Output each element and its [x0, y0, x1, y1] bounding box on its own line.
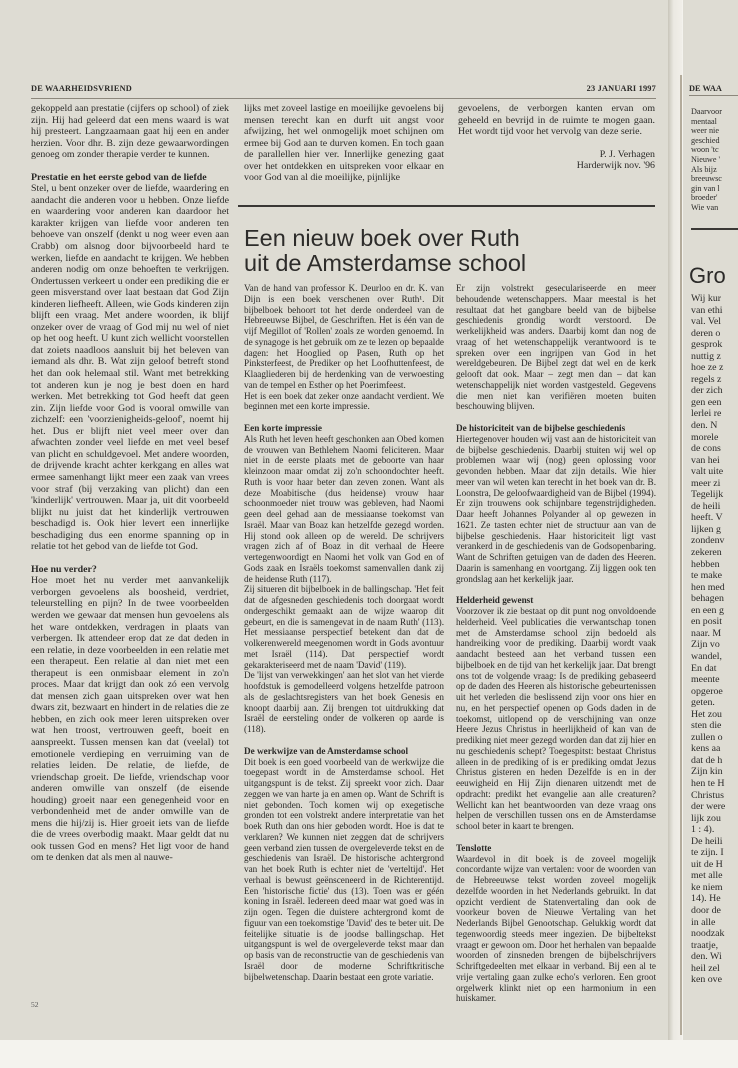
text-line: Christus — [691, 790, 725, 802]
next-page-top-text: Daarvoor mentaal weer nie geschied woon … — [691, 107, 722, 213]
text-line: en een g — [691, 605, 725, 617]
publication-name: DE WAARHEIDSVRIEND — [31, 84, 132, 93]
text-line: ke niem — [691, 882, 725, 894]
text-line: deren o — [691, 328, 725, 340]
text-line: zondenv — [691, 535, 725, 547]
text-line: traatje, — [691, 940, 725, 952]
text-line: valt uite — [691, 466, 725, 478]
article-divider — [238, 205, 655, 207]
section-heading: Tenslotte — [456, 843, 656, 854]
section-heading: Helderheid gewenst — [456, 595, 656, 606]
intro-paragraph: gekoppeld aan prestatie (cijfers op scho… — [31, 103, 229, 161]
body-paragraph: Het is een boek dat zeker onze aandacht … — [244, 391, 444, 413]
ruth-article-column-b: Er zijn volstrekt geseculariseerde en me… — [456, 283, 656, 1004]
scan-background — [0, 1040, 738, 1068]
text-line: heeft. V — [691, 512, 725, 524]
text-line: Wie van — [691, 203, 722, 213]
body-paragraph: Hoe moet het nu verder met aanvankelijk … — [31, 575, 229, 864]
text-line: lijk zou — [691, 813, 725, 825]
text-line: de heili — [691, 501, 725, 513]
text-line: van hei — [691, 455, 725, 467]
text-line: meer zi — [691, 478, 725, 490]
left-article-column-2: lijks met zoveel lastige en moeilijke ge… — [244, 103, 444, 184]
text-line: der zich — [691, 385, 725, 397]
section-heading: Een korte impressie — [244, 423, 444, 434]
text-line: Tegelijk — [691, 489, 725, 501]
body-paragraph: Hiertegenover houden wij vast aan de his… — [456, 434, 656, 585]
text-line: gin van l — [691, 184, 722, 194]
section-heading: De werkwijze van de Amsterdamse school — [244, 746, 444, 757]
text-line: den. Wi — [691, 951, 725, 963]
text-line: der were — [691, 801, 725, 813]
next-page-divider — [691, 228, 738, 230]
section-heading: Prestatie en het eerste gebod van de lie… — [31, 172, 229, 184]
text-line: zekeren — [691, 547, 725, 559]
next-page-fragment: DE WAA Daarvoor mentaal weer nie geschie… — [683, 0, 738, 1040]
text-line: zullen o — [691, 732, 725, 744]
body-paragraph: De 'lijst van verwekkingen' aan het slot… — [244, 670, 444, 735]
text-line: Zijn kin — [691, 766, 725, 778]
title-line-1: Een nieuw boek over Ruth — [244, 225, 520, 251]
text-line: geschied — [691, 136, 722, 146]
text-line: hen med — [691, 582, 725, 594]
section-heading: De historiciteit van de bijbelse geschie… — [456, 423, 656, 434]
text-line: De heili — [691, 836, 725, 848]
running-header: DE WAARHEIDSVRIEND 23 JANUARI 1997 — [31, 84, 656, 99]
text-line: hebben — [691, 559, 725, 571]
text-line: in alle — [691, 917, 725, 929]
text-line: behagen — [691, 593, 725, 605]
text-line: hen te H — [691, 778, 725, 790]
body-paragraph: lijks met zoveel lastige en moeilijke ge… — [244, 103, 444, 184]
text-line: noodzak — [691, 928, 725, 940]
text-line: weer nie — [691, 126, 722, 136]
body-paragraph: Er zijn volstrekt geseculariseerde en me… — [456, 283, 656, 412]
text-line: dat de h — [691, 755, 725, 767]
body-paragraph: Als Ruth het leven heeft geschonken aan … — [244, 434, 444, 585]
text-line: hoe ze z — [691, 362, 725, 374]
gutter-rule — [680, 75, 682, 1035]
body-paragraph: Waardevol in dit boek is de zoveel mogel… — [456, 854, 656, 1005]
text-line: Wij kur — [691, 293, 725, 305]
text-line: naar. M — [691, 628, 725, 640]
title-line-2: uit de Amsterdamse school — [244, 250, 526, 276]
text-line: den. N — [691, 420, 725, 432]
text-line: Daarvoor — [691, 107, 722, 117]
text-line: te zijn. I — [691, 847, 725, 859]
text-line: 14). He — [691, 893, 725, 905]
text-line: val. Vel — [691, 316, 725, 328]
page-number: 52 — [31, 1000, 39, 1009]
next-page-title: Gro — [689, 263, 726, 289]
text-line: te make — [691, 570, 725, 582]
text-line: en posit — [691, 616, 725, 628]
body-paragraph: gevoelens, de verborgen kanten ervan om … — [458, 103, 655, 138]
text-line: Als bijz — [691, 165, 722, 175]
text-line: gen een — [691, 397, 725, 409]
text-line: lerlei re — [691, 408, 725, 420]
text-line: Nieuwe ' — [691, 155, 722, 165]
text-line: sten die — [691, 720, 725, 732]
text-line: kens aa — [691, 743, 725, 755]
text-line: wandel, — [691, 651, 725, 663]
text-line: ken ove — [691, 974, 725, 986]
text-line: breeuwsc — [691, 174, 722, 184]
text-line: uit de H — [691, 859, 725, 871]
text-line: broeder' — [691, 193, 722, 203]
text-line: geten. — [691, 697, 725, 709]
section-heading: Hoe nu verder? — [31, 564, 229, 576]
author-name: P. J. Verhagen — [458, 149, 655, 161]
text-line: van ethi — [691, 305, 725, 317]
body-paragraph: Zij situeren dit bijbelboek in de ballin… — [244, 584, 444, 670]
left-article-column-1: gekoppeld aan prestatie (cijfers op scho… — [31, 103, 229, 864]
body-paragraph: Van de hand van professor K. Deurloo en … — [244, 283, 444, 391]
text-line: gesprok — [691, 339, 725, 351]
body-paragraph: Voorzover ik zie bestaat op dit punt nog… — [456, 606, 656, 832]
text-line: de cons — [691, 443, 725, 455]
article-title: Een nieuw boek over Ruth uit de Amsterda… — [244, 226, 664, 276]
text-line: nuttig z — [691, 351, 725, 363]
text-line: morele — [691, 432, 725, 444]
text-line: met alle — [691, 870, 725, 882]
text-line: mentaal — [691, 117, 722, 127]
next-page-body-text: Wij kurvan ethival. Velderen ogesproknut… — [691, 293, 725, 986]
left-article-column-3: gevoelens, de verborgen kanten ervan om … — [458, 103, 655, 172]
text-line: Zijn vo — [691, 639, 725, 651]
next-page-header: DE WAA — [689, 84, 738, 96]
text-line: lijken g — [691, 524, 725, 536]
body-paragraph: Dit boek is een goed voorbeeld van de we… — [244, 757, 444, 983]
body-paragraph: Stel, u bent onzeker over de liefde, waa… — [31, 183, 229, 553]
ruth-article-column-a: Van de hand van professor K. Deurloo en … — [244, 283, 444, 982]
issue-date: 23 JANUARI 1997 — [587, 84, 656, 93]
text-line: meente — [691, 674, 725, 686]
text-line: Het zou — [691, 709, 725, 721]
text-line: 1 : 4). — [691, 824, 725, 836]
text-line: heil zel — [691, 963, 725, 975]
author-place-date: Harderwijk nov. '96 — [458, 160, 655, 172]
text-line: En dat — [691, 663, 725, 675]
text-line: woon 'tc — [691, 145, 722, 155]
text-line: opgeroe — [691, 686, 725, 698]
text-line: regels z — [691, 374, 725, 386]
text-line: door de — [691, 905, 725, 917]
